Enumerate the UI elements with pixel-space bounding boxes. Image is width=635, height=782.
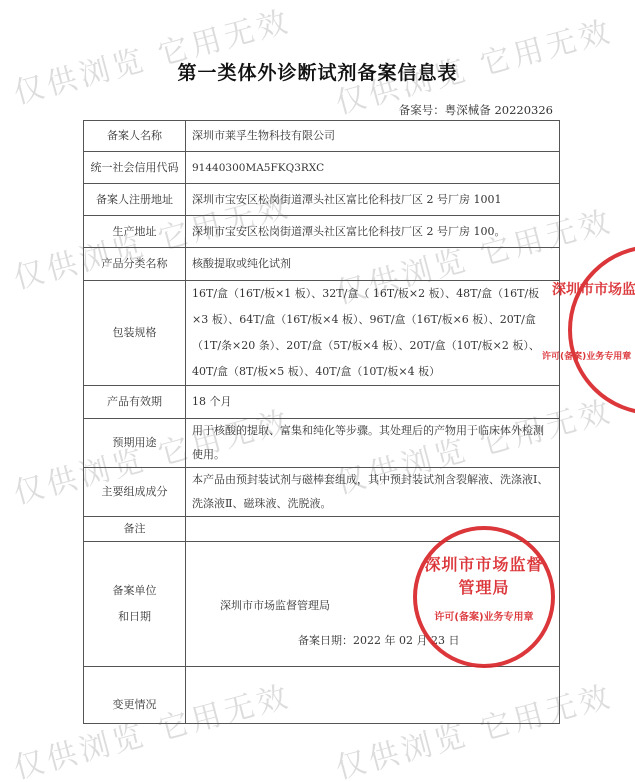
seal-bottom-text: 许可(备案)业务专用章 (522, 349, 635, 362)
seal-arc-text: 深圳市市场监督管理局 (542, 279, 635, 299)
table-row: 预期用途 用于核酸的提取、富集和纯化等步骤。其处理后的产物用于临床体外检测使用。 (84, 419, 560, 468)
row-value: 深圳市宝安区松岗街道潭头社区富比伦科技厂区 2 号厂房 100。 (186, 216, 560, 248)
watermark: 仅供浏览 它用无效 (8, 0, 295, 113)
record-number-value: 粤深械备 20220326 (445, 103, 553, 117)
official-seal-stamp-partial: 深圳市市场监督管理局 许可(备案)业务专用章 (568, 245, 635, 415)
row-value (186, 667, 560, 724)
row-label: 产品分类名称 (84, 248, 186, 281)
document-title: 第一类体外诊断试剂备案信息表 (0, 58, 635, 85)
row-value: 本产品由预封装试剂与磁棒套组成，其中预封装试剂含裂解液、洗涤液Ⅰ、洗涤液Ⅱ、磁珠… (186, 468, 560, 517)
seal-arc-text: 深圳市市场监督管理局 (417, 552, 551, 598)
row-value: 91440300MA5FKQ3RXC (186, 152, 560, 184)
row-label: 统一社会信用代码 (84, 152, 186, 184)
row-label: 产品有效期 (84, 386, 186, 419)
table-row: 统一社会信用代码 91440300MA5FKQ3RXC (84, 152, 560, 184)
table-row: 包装规格 16T/盒（16T/板×1 板）、32T/盒（ 16T/板×2 板）、… (84, 281, 560, 386)
seal-bottom-text: 许可(备案)业务专用章 (417, 608, 551, 623)
official-seal-stamp: 深圳市市场监督管理局 许可(备案)业务专用章 (413, 526, 555, 668)
table-row: 备案人注册地址 深圳市宝安区松岗街道潭头社区富比伦科技厂区 2 号厂房 1001 (84, 184, 560, 216)
table-row: 备案人名称 深圳市莱孚生物科技有限公司 (84, 121, 560, 152)
table-row: 生产地址 深圳市宝安区松岗街道潭头社区富比伦科技厂区 2 号厂房 100。 (84, 216, 560, 248)
row-label: 备案人注册地址 (84, 184, 186, 216)
table-row: 主要组成成分 本产品由预封装试剂与磁棒套组成，其中预封装试剂含裂解液、洗涤液Ⅰ、… (84, 468, 560, 517)
row-value: 深圳市宝安区松岗街道潭头社区富比伦科技厂区 2 号厂房 1001 (186, 184, 560, 216)
row-value: 18 个月 (186, 386, 560, 419)
table-row: 产品分类名称 核酸提取或纯化试剂 (84, 248, 560, 281)
row-value: 用于核酸的提取、富集和纯化等步骤。其处理后的产物用于临床体外检测使用。 (186, 419, 560, 468)
row-label: 变更情况 (84, 667, 186, 724)
record-number-label: 备案号： (399, 103, 445, 117)
filing-unit: 深圳市市场监督管理局 (220, 597, 330, 613)
row-label-line2: 和日期 (90, 604, 179, 630)
row-value: 16T/盒（16T/板×1 板）、32T/盒（ 16T/板×2 板）、48T/盒… (186, 281, 560, 386)
row-label: 主要组成成分 (84, 468, 186, 517)
row-label: 包装规格 (84, 281, 186, 386)
row-label: 备注 (84, 517, 186, 542)
row-label: 备案人名称 (84, 121, 186, 152)
row-label-line1: 备案单位 (90, 578, 179, 604)
row-label: 预期用途 (84, 419, 186, 468)
table-row: 变更情况 (84, 667, 560, 724)
row-label: 生产地址 (84, 216, 186, 248)
row-label: 备案单位 和日期 (84, 542, 186, 667)
row-value: 深圳市莱孚生物科技有限公司 (186, 121, 560, 152)
table-row: 产品有效期 18 个月 (84, 386, 560, 419)
record-number: 备案号：粤深械备 20220326 (399, 102, 553, 118)
row-value: 核酸提取或纯化试剂 (186, 248, 560, 281)
